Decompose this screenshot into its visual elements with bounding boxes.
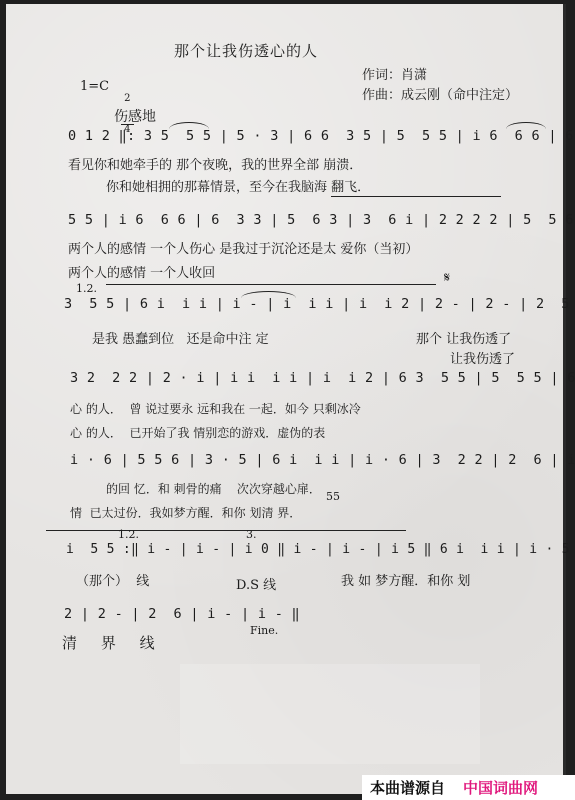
- volta-1-2: 1.2.: [118, 528, 139, 541]
- watermark-site-link[interactable]: 中国词曲网: [463, 777, 538, 798]
- faded-area: [180, 664, 480, 764]
- lyric-line-3c: 让我伤透了: [450, 348, 515, 367]
- notation-line-6: i 5 5 :‖ i - | i - | i 0 ‖ i - | i - | i…: [66, 542, 575, 557]
- slur: [506, 122, 546, 129]
- volta-3: 3.: [246, 528, 257, 541]
- notation-line-1: 0 1 2 ‖: 3 5 5 5 | 5 · 3 | 6 6 3 5 | 5 5…: [68, 128, 575, 144]
- volta-mark: 1.2.: [76, 282, 97, 295]
- key-signature: 1=C: [80, 79, 109, 94]
- lyric-line-1b: 你和她相拥的那幕情景，至今在我脑海 翻飞．: [106, 176, 370, 195]
- volta-bracket: [46, 530, 406, 531]
- slur: [169, 122, 209, 129]
- lyric-line-5b: 情 已太过份．我如梦方醒．和你 划清 界．: [70, 504, 301, 521]
- lyric-line-6b: D.S 线: [236, 574, 276, 593]
- score-sheet: 那个让我伤透心的人 作词：肖潇 作曲：成云刚（命中注定） 1=C 2 4 伤感地…: [6, 4, 566, 794]
- composer-credit: 作曲：成云刚（命中注定）: [362, 84, 518, 103]
- small-note-mark: 55: [326, 490, 340, 503]
- notation-line-4: 3 2 2 2 | 2 · i | i i i i | i i 2 | 6 3 …: [70, 370, 575, 386]
- fine-mark: Fine.: [250, 624, 278, 637]
- notation-line-3: 3 5 5 | 6 i i i | i - | i i i | i i 2 | …: [64, 296, 575, 312]
- lyric-line-2a: 两个人的感情 一个人伤心 是我过于沉沦还是太 爱你（当初）: [68, 238, 418, 257]
- repeat-arrow-line: [106, 284, 436, 285]
- lyric-line-1a: 看见你和她牵手的 那个夜晚，我的世界全部 崩溃．: [68, 154, 362, 173]
- notation-line-2: 5 5 | i 6 6 6 | 6 3 3 | 5 6 3 | 3 6 i | …: [68, 212, 575, 228]
- slur: [241, 291, 296, 298]
- lyric-line-6a: （那个） 线: [76, 570, 149, 589]
- watermark-prefix: 本曲谱源自: [370, 777, 445, 798]
- lyric-line-3a: 是我 愚蠢到位 还是命中注 定: [92, 328, 269, 347]
- lyric-line-2b: 两个人的感情 一个人收回: [68, 262, 215, 281]
- lyric-line-4a: 心 的人． 曾 说过要永 远和我在 一起．如今 只剩冰冷: [70, 400, 361, 417]
- repeat-bracket: [331, 196, 501, 197]
- song-title: 那个让我伤透心的人: [174, 40, 318, 61]
- lyric-line-3b: 那个 让我伤透了: [416, 328, 511, 347]
- lyric-line-4b: 心 的人． 已开始了我 情别恋的游戏．虚伪的表: [70, 424, 325, 441]
- source-watermark: 本曲谱源自 中国词曲网: [362, 775, 575, 800]
- lyric-line-5a: 的回 忆．和 刺骨的痛 次次穿越心扉．: [106, 480, 321, 497]
- lyric-line-7: 清 界 线: [62, 632, 155, 653]
- segno-icon: 𝄋: [444, 270, 450, 286]
- lyricist-credit: 作词：肖潇: [362, 64, 427, 83]
- notation-line-7: 2 | 2 - | 2 6 | i - | i - ‖: [64, 606, 300, 622]
- tempo-mark: 伤感地: [114, 106, 156, 126]
- notation-line-5: i · 6 | 5 5 6 | 3 · 5 | 6 i i i | i · 6 …: [70, 452, 575, 468]
- lyric-line-6c: 我 如 梦方醒．和你 划: [341, 570, 470, 589]
- time-sig-numerator: 2: [121, 94, 134, 104]
